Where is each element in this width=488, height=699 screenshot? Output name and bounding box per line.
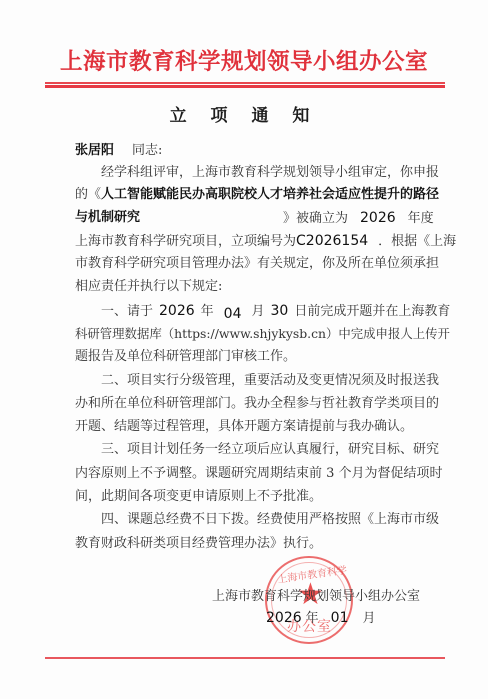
document-title: 立 项 通 知 [0,101,488,126]
salutation-suffix: 同志: [132,143,162,158]
para1-line5: 市教育科学研究项目管理办法》有关规定，你及所在单位须承担 [75,256,439,272]
item2-line1: 二、项目实行分级管理，重要活动及变更情况须及时报送我 [101,373,439,389]
item1-line3: 题报告及单位科研管理部门审核工作。 [75,349,296,365]
recipient-name: 张居阳 [75,143,114,158]
item3-line2: 内容原则上不予调整。课题研究周期结束前 3 个月为督促结项时 [75,466,443,482]
letterhead-rule-thick [45,85,445,88]
project-title-cont: 与机制研究 [75,210,140,225]
salutation: 张居阳同志: [75,143,162,159]
item3-line1: 三、项目计划任务一经立项后应认真履行，研究目标、研究 [101,442,439,458]
signature-org: 上海市教育科学规划领导小组办公室 [212,589,420,605]
item1-line1: 一、请于2026年04月30日前完成开题并在上海教育 [101,303,450,320]
item1-line2: 科研管理数据库（https://www.shjykysb.cn）中完成申报人上传… [75,326,450,342]
project-code: C2026154 [296,233,368,249]
item2-line3: 开题、结题等过程管理，具体开题方案请提前与我办确认。 [75,419,413,435]
deadline-day: 30 [271,303,289,319]
item4-line2: 教育财政科研类项目经费管理办法》执行。 [75,536,322,552]
footer-rule [45,657,445,659]
para1-line2: 的《人工智能赋能民办高职院校人才培养社会适应性提升的路径 [75,187,439,203]
item3-line3: 间，此期间各项变更申请原则上不予批准。 [75,489,322,505]
item2-line2: 办和所在单位科研管理部门。我办全程参与哲社教育学类项目的 [75,396,439,412]
para1-line1: 经学科组评审，上海市教育科学规划领导小组审定，你申报 [101,165,439,181]
para1-line6: 相应责任并执行以下规定: [75,279,222,295]
deadline-year: 2026 [159,303,195,319]
item4-line1: 四、课题总经费不日下拨。经费使用严格按照《上海市市级 [101,512,439,528]
approval-year: 2026 [360,210,396,226]
deadline-month: 04 [224,306,242,322]
para1-line3: 与机制研究 》被确立为2026年度 [75,210,415,226]
project-title: 人工智能赋能民办高职院校人才培养社会适应性提升的路径 [101,187,439,202]
letterhead-org: 上海市教育科学规划领导小组办公室 [0,44,488,76]
signature-year: 2026 [266,610,302,626]
signature-month: 01 [331,610,349,626]
signature-date: 2026年01月 [266,610,376,627]
para1-line4: 上海市教育科学研究项目，立项编号为C2026154．根据《上海 [75,233,456,250]
letterhead-rule-thin [45,82,445,84]
